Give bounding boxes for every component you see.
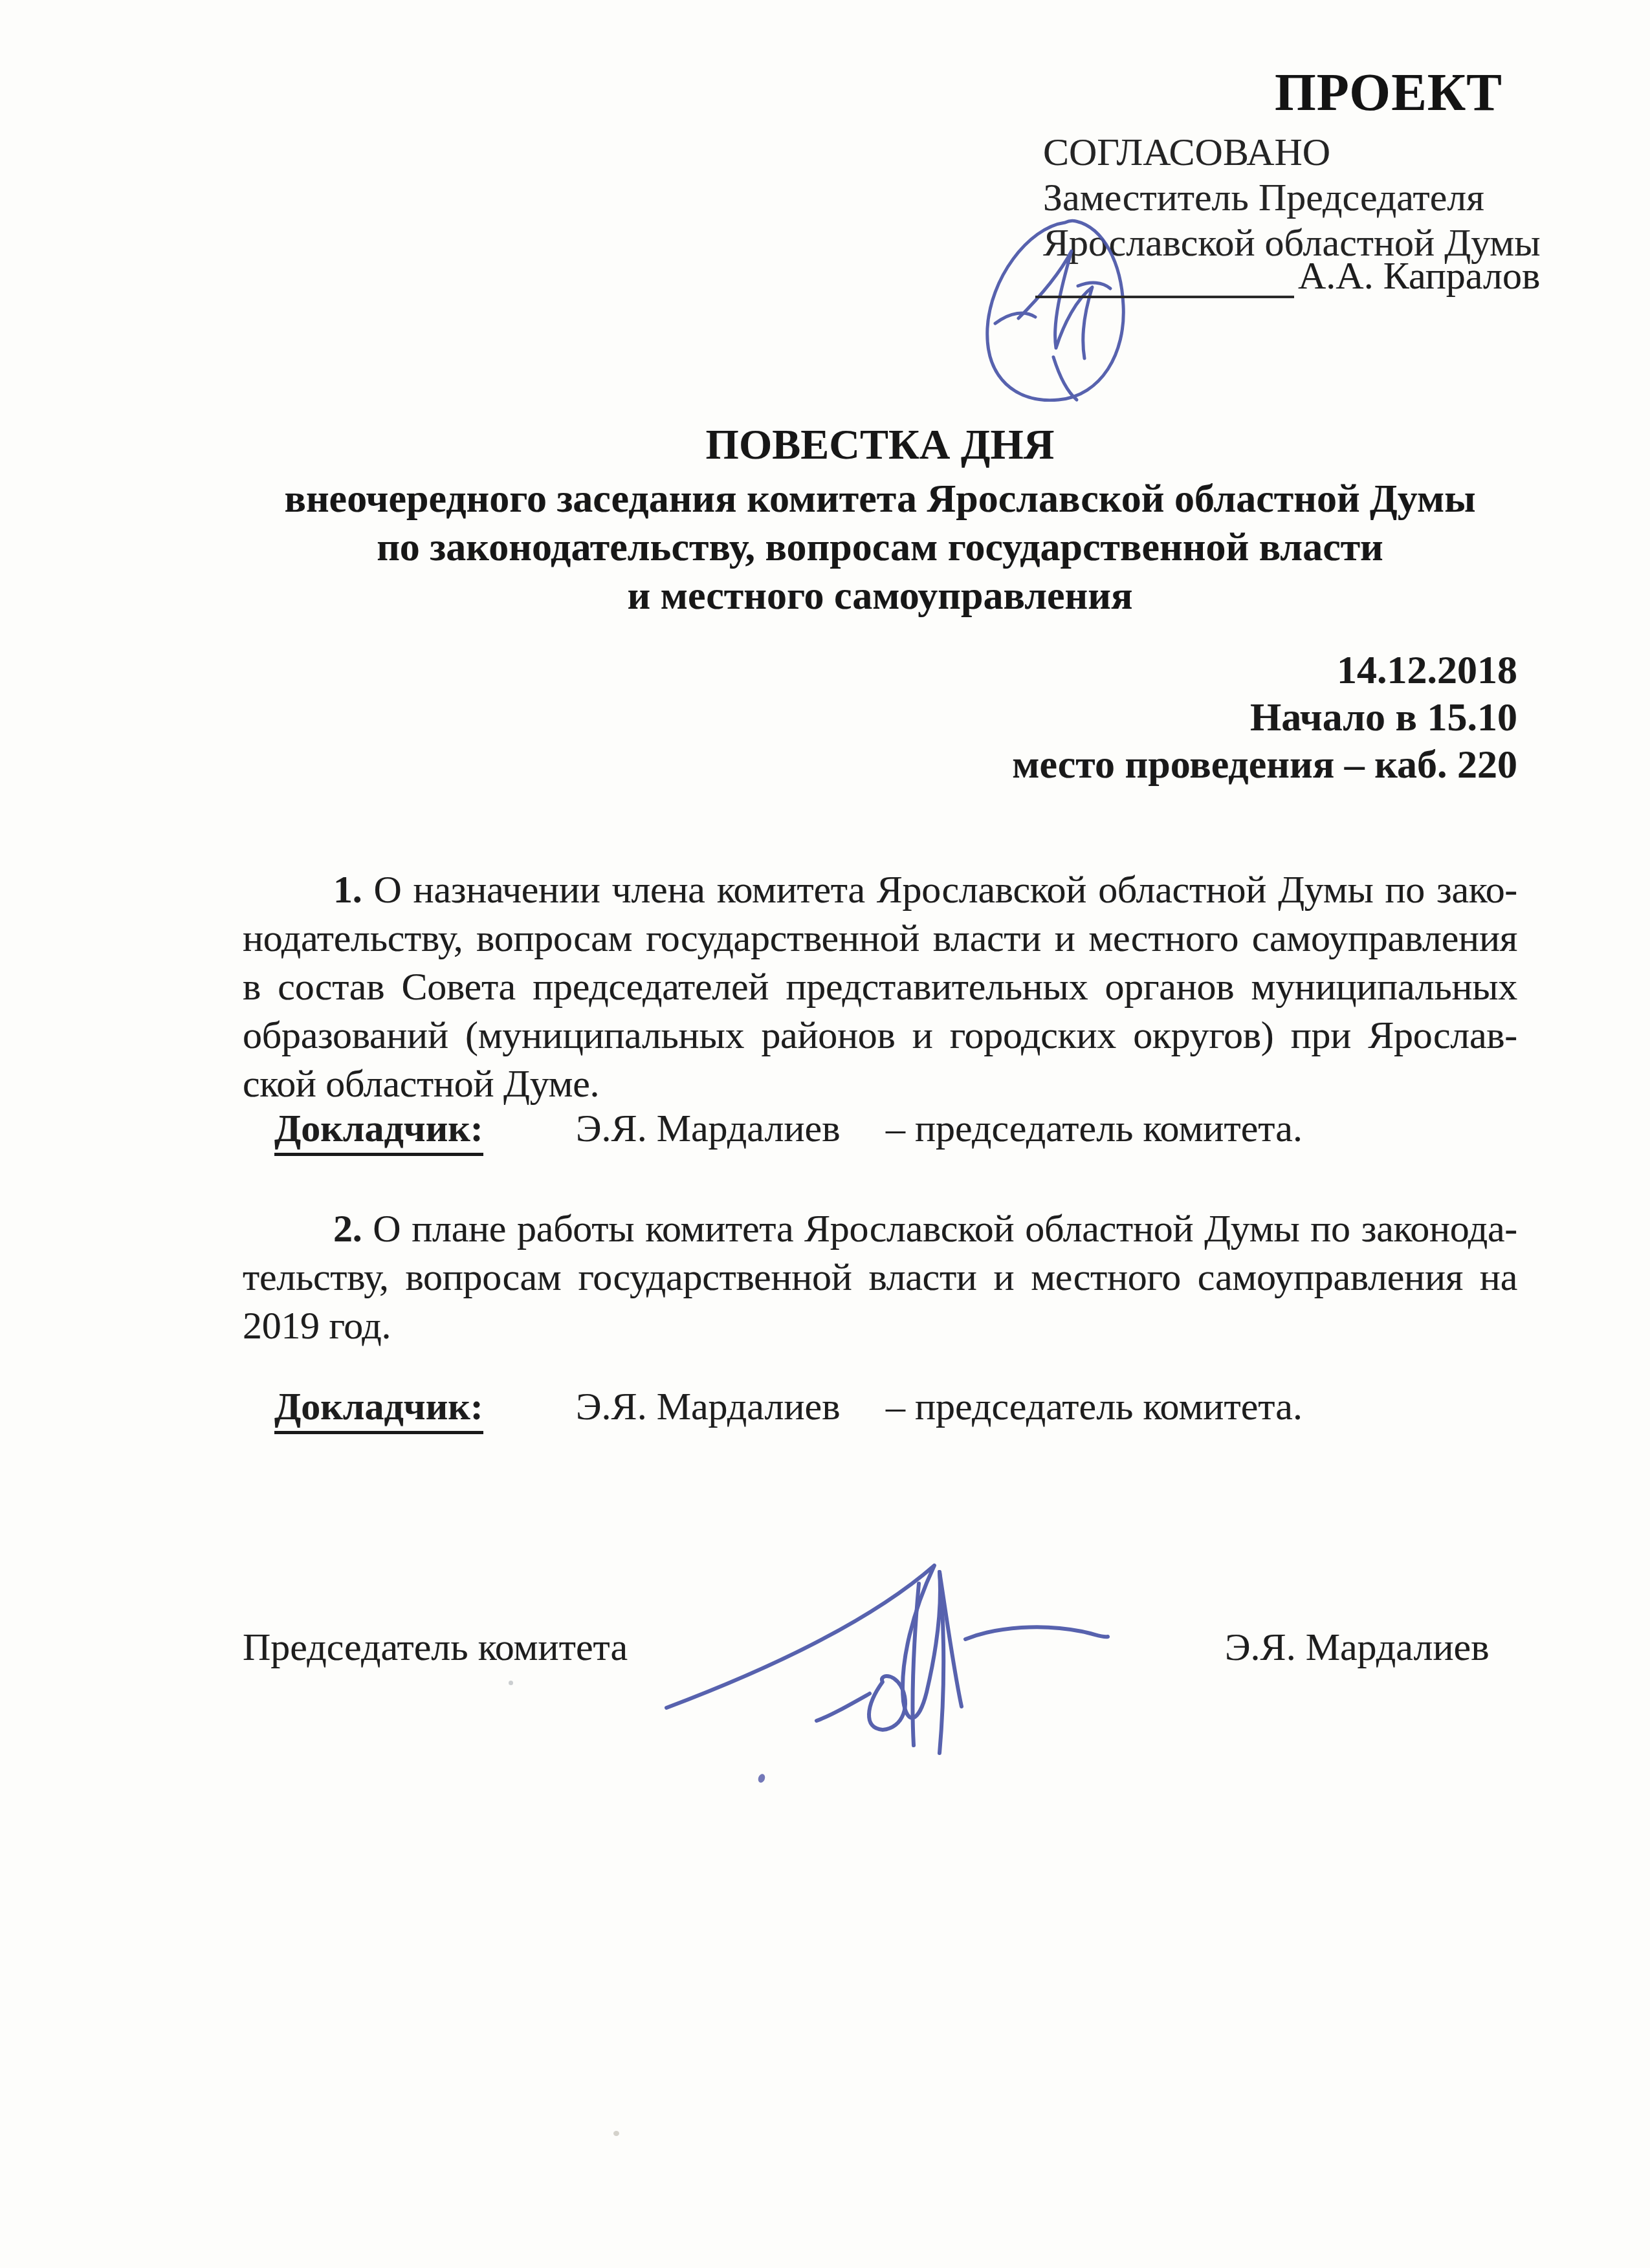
approver-sign-row: А.А. Капралов [1035,254,1540,298]
chairman-name: Э.Я. Мардалиев [1225,1625,1490,1670]
approver-position-line1: Заместитель Председателя [1043,175,1541,220]
speaker-name-1: Э.Я. Мардалиев [576,1106,841,1151]
document-page: ПРОЕКТ СОГЛАСОВАНО Заместитель Председат… [0,0,1650,2268]
item-2-number: 2. [333,1207,362,1250]
signature-mardaliev [655,1532,1127,1765]
chairman-title: Председатель комитета [243,1625,628,1670]
speaker-role-1: – председатель комитета. [886,1106,1303,1151]
meeting-meta-block: 14.12.2018 Начало в 15.10 место проведен… [825,647,1517,789]
agenda-title-block: ПОВЕСТКА ДНЯ внеочередного заседания ком… [243,419,1517,620]
scan-speck [509,1681,513,1685]
scan-speck [613,2131,619,2136]
agenda-item-1: 1. О назначении члена комитета Ярославск… [243,866,1517,1108]
item-1-line-5: ской областной Думе. [243,1060,1517,1108]
agenda-subtitle-line1: внеочередного заседания комитета Ярослав… [243,475,1517,523]
meeting-date: 14.12.2018 [825,647,1517,694]
meeting-start-time: Начало в 15.10 [825,694,1517,741]
agenda-subtitle-line3: и местного самоуправления [243,572,1517,620]
agenda-title: ПОВЕСТКА ДНЯ [243,419,1517,471]
item-1-line-1-text: О назначении члена комитета Ярославской … [374,868,1518,911]
speaker-role-2: – председатель комитета. [886,1384,1303,1429]
item-2-line-2: тельству, вопросам государственной власт… [243,1253,1517,1302]
item-1-line-4: образований (муниципальных районов и гор… [243,1011,1517,1060]
speaker-name-2: Э.Я. Мардалиев [576,1384,841,1429]
ink-speck [757,1773,766,1784]
item-1-number: 1. [333,868,362,911]
item-2-line-3: 2019 год. [243,1302,1517,1350]
agenda-subtitle-line2: по законодательству, вопросам государств… [243,523,1517,572]
approved-label: СОГЛАСОВАНО [1043,129,1541,175]
item-2-line-1-text: О плане работы комитета Ярославской обла… [373,1207,1517,1250]
item-1-line-1: 1. О назначении члена комитета Ярославск… [243,866,1517,914]
approver-name: А.А. Капралов [1298,254,1540,298]
agenda-item-2: 2. О плане работы комитета Ярославской о… [243,1205,1517,1350]
signature-line [1035,258,1294,298]
item-2-line-1: 2. О плане работы комитета Ярославской о… [243,1205,1517,1253]
project-label: ПРОЕКТ [1275,62,1502,123]
item-2-speaker-row: Докладчик: Э.Я. Мардалиев – председатель… [0,1384,1650,1436]
item-1-speaker-row: Докладчик: Э.Я. Мардалиев – председатель… [0,1106,1650,1158]
approval-block: СОГЛАСОВАНО Заместитель Председателя Яро… [1043,129,1541,265]
speaker-label-2: Докладчик: [274,1384,483,1434]
speaker-label-1: Докладчик: [274,1106,483,1156]
item-1-line-3: в состав Совета председателей представит… [243,963,1517,1011]
meeting-location: место проведения – каб. 220 [825,741,1517,789]
item-1-line-2: нодательству, вопросам государственной в… [243,914,1517,963]
